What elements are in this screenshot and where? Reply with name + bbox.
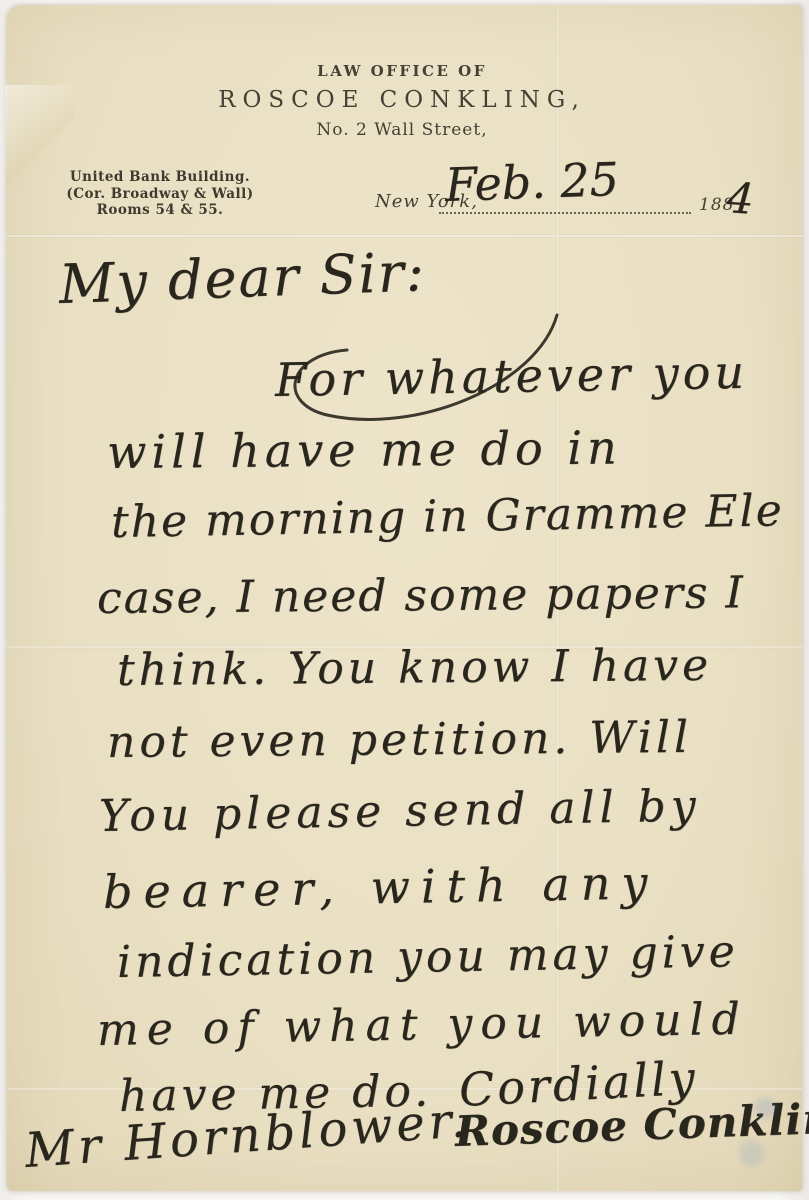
date-dotted-rule bbox=[439, 212, 691, 214]
body-line: For whatever you bbox=[275, 345, 749, 407]
letterhead-name-line: ROSCOE CONKLING, bbox=[7, 87, 797, 113]
date-day-handwritten: Feb. 25 bbox=[444, 152, 620, 212]
letterhead-street-line: No. 2 Wall Street, bbox=[7, 120, 797, 140]
body-line: You please send all by bbox=[99, 781, 701, 842]
body-line: bearer, with any bbox=[103, 855, 659, 919]
body-line: the morning in Gramme Ele bbox=[111, 485, 784, 548]
fold-crease-top bbox=[7, 234, 802, 238]
letterhead-office-line: LAW OFFICE OF bbox=[7, 62, 797, 80]
address-line-building: United Bank Building. bbox=[55, 169, 265, 186]
body-line: case, I need some papers I bbox=[97, 567, 745, 624]
body-line: me of what you would bbox=[97, 994, 749, 1056]
letterhead-address-block: United Bank Building. (Cor. Broadway & W… bbox=[55, 169, 265, 219]
salutation: My dear Sir: bbox=[58, 240, 427, 316]
date-year-handwritten: 4 bbox=[725, 173, 755, 224]
address-line-rooms: Rooms 54 & 55. bbox=[55, 202, 265, 219]
body-line: indication you may give bbox=[117, 926, 739, 988]
body-line: think. You know I have bbox=[117, 640, 713, 696]
body-line: not even petition. Will bbox=[107, 712, 692, 768]
body-line: will have me do in bbox=[107, 421, 622, 479]
address-line-corner: (Cor. Broadway & Wall) bbox=[55, 186, 265, 203]
ink-bleed-mark bbox=[702, 1090, 792, 1180]
scan-background: LAW OFFICE OF ROSCOE CONKLING, No. 2 Wal… bbox=[0, 0, 809, 1200]
letter-paper: LAW OFFICE OF ROSCOE CONKLING, No. 2 Wal… bbox=[7, 5, 802, 1191]
